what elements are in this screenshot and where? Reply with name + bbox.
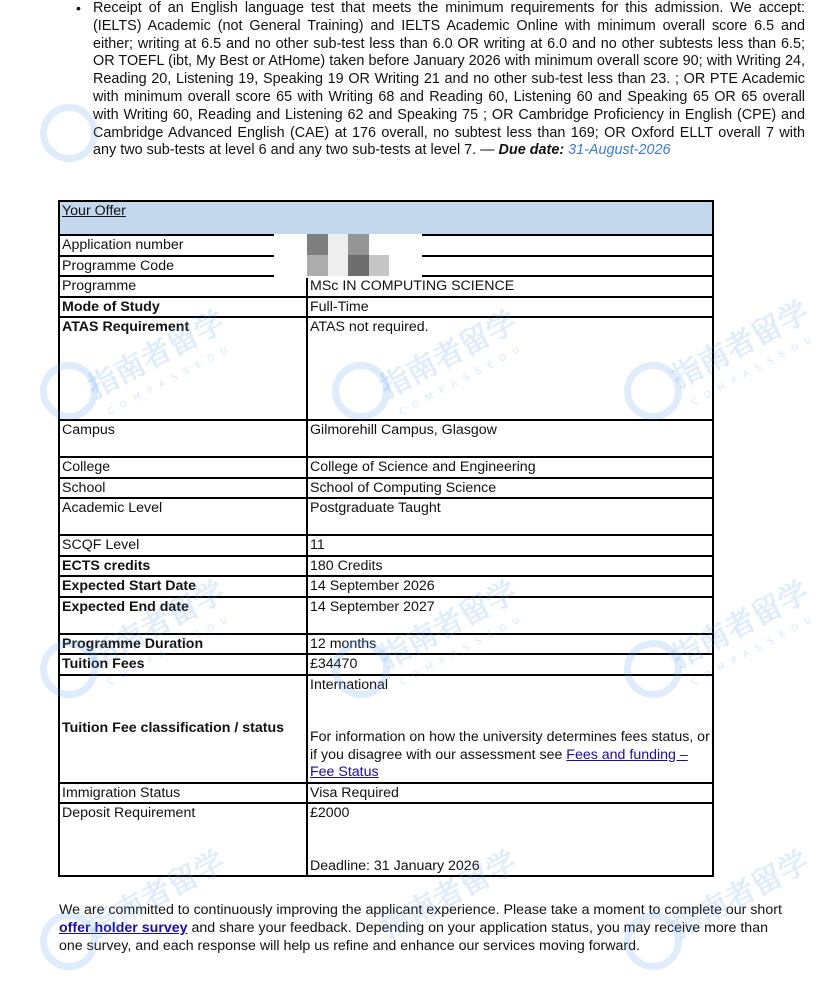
value-start-date: 14 September 2026 — [307, 576, 713, 597]
table-row-mode-of-study: Mode of Study Full-Time — [59, 297, 713, 318]
english-requirement-item: • Receipt of an English language test th… — [93, 0, 805, 160]
deposit-amount: £2000 — [310, 805, 349, 821]
table-row-programme: Programme MSc IN COMPUTING SCIENCE — [59, 276, 713, 297]
value-tuition-fees: £34470 — [307, 654, 713, 675]
table-row-fee-classification: Tuition Fee classification / status Inte… — [59, 675, 713, 783]
table-row-end-date: Expected End date 14 September 2027 — [59, 597, 713, 634]
label-duration: Programme Duration — [59, 634, 307, 655]
label-school: School — [59, 478, 307, 499]
label-ects-credits: ECTS credits — [59, 556, 307, 577]
value-mode-of-study: Full-Time — [307, 297, 713, 318]
table-row-tuition-fees: Tuition Fees £34470 — [59, 654, 713, 675]
label-end-date: Expected End date — [59, 597, 307, 634]
label-scqf-level: SCQF Level — [59, 535, 307, 556]
survey-paragraph: We are committed to continuously improvi… — [59, 902, 789, 955]
value-academic-level: Postgraduate Taught — [307, 498, 713, 535]
redaction-pixels — [307, 234, 389, 276]
table-row-ects-credits: ECTS credits 180 Credits — [59, 556, 713, 577]
table-row-scqf-level: SCQF Level 11 — [59, 535, 713, 556]
value-campus: Gilmorehill Campus, Glasgow — [307, 420, 713, 457]
label-academic-level: Academic Level — [59, 498, 307, 535]
value-programme: MSc IN COMPUTING SCIENCE — [307, 276, 713, 297]
label-immigration-status: Immigration Status — [59, 783, 307, 804]
label-atas: ATAS Requirement — [59, 317, 307, 420]
offer-title: Your Offer — [62, 203, 126, 219]
label-college: College — [59, 457, 307, 478]
table-row-campus: Campus Gilmorehill Campus, Glasgow — [59, 420, 713, 457]
value-duration: 12 months — [307, 634, 713, 655]
value-atas: ATAS not required. — [307, 317, 713, 420]
due-date-value: 31-August-2026 — [568, 142, 670, 158]
bullet-icon: • — [76, 0, 81, 18]
table-row-school: School School of Computing Science — [59, 478, 713, 499]
table-row-college: College College of Science and Engineeri… — [59, 457, 713, 478]
value-immigration-status: Visa Required — [307, 783, 713, 804]
value-end-date: 14 September 2027 — [307, 597, 713, 634]
table-row-deposit: Deposit Requirement £2000 Deadline: 31 J… — [59, 803, 713, 876]
value-school: School of Computing Science — [307, 478, 713, 499]
survey-text-before: We are committed to continuously improvi… — [59, 902, 782, 918]
requirements-list: • Receipt of an English language test th… — [93, 0, 805, 160]
deposit-deadline: Deadline: 31 January 2026 — [310, 858, 480, 874]
label-start-date: Expected Start Date — [59, 576, 307, 597]
due-date-label: Due date: — [499, 142, 565, 158]
table-row-atas: ATAS Requirement ATAS not required. — [59, 317, 713, 420]
table-row-duration: Programme Duration 12 months — [59, 634, 713, 655]
value-college: College of Science and Engineering — [307, 457, 713, 478]
label-application-number: Application number — [59, 235, 307, 256]
value-fee-classification: International For information on how the… — [307, 675, 713, 783]
label-campus: Campus — [59, 420, 307, 457]
label-tuition-fees: Tuition Fees — [59, 654, 307, 675]
offer-table: Your Offer Application number Programme … — [58, 200, 714, 877]
table-row-start-date: Expected Start Date 14 September 2026 — [59, 576, 713, 597]
label-programme: Programme — [59, 276, 307, 297]
requirement-text: Receipt of an English language test that… — [93, 0, 805, 158]
fee-classification-value: International — [310, 677, 388, 693]
label-deposit: Deposit Requirement — [59, 803, 307, 876]
table-row-academic-level: Academic Level Postgraduate Taught — [59, 498, 713, 535]
label-programme-code: Programme Code — [59, 256, 307, 277]
watermark-logo-icon — [40, 104, 98, 162]
value-ects-credits: 180 Credits — [307, 556, 713, 577]
label-fee-classification: Tuition Fee classification / status — [59, 675, 307, 783]
offer-holder-survey-link[interactable]: offer holder survey — [59, 920, 188, 936]
table-row-immigration-status: Immigration Status Visa Required — [59, 783, 713, 804]
label-mode-of-study: Mode of Study — [59, 297, 307, 318]
value-scqf-level: 11 — [307, 535, 713, 556]
value-deposit: £2000 Deadline: 31 January 2026 — [307, 803, 713, 876]
